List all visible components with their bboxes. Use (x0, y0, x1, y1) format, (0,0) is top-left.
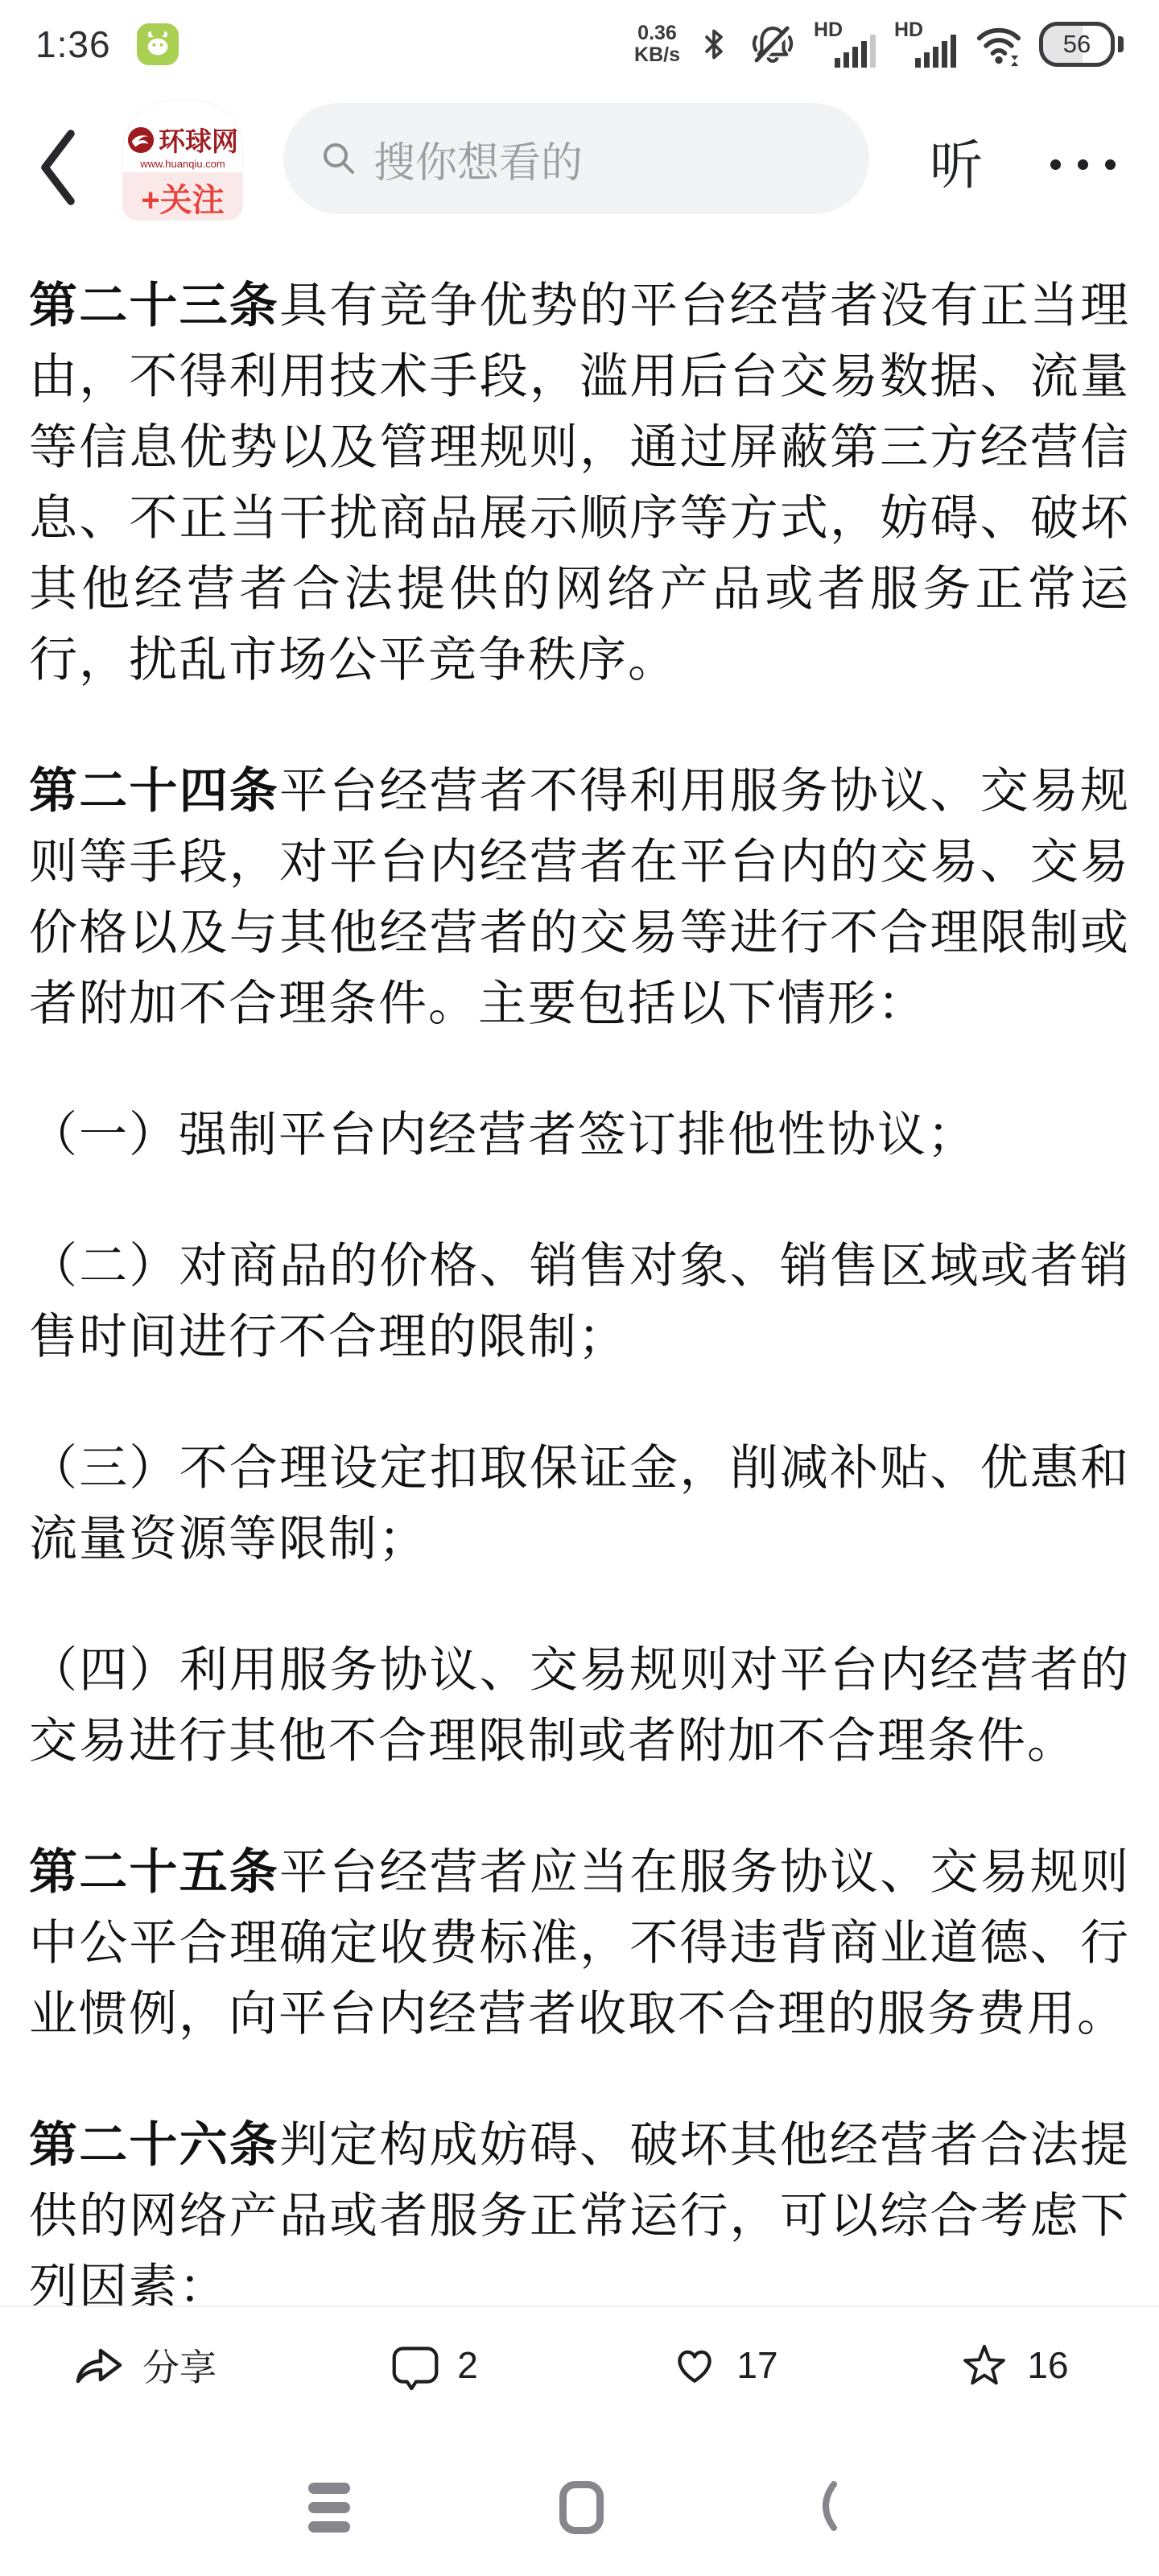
battery-nub (1118, 36, 1124, 52)
home-button[interactable] (559, 2481, 604, 2538)
status-right: 0.36 KB/s HD (634, 21, 1124, 68)
article-body: 第二十三条具有竞争优势的平台经营者没有正当理由，不得利用技术手段，滥用后台交易数… (0, 242, 1159, 2306)
sim1-signal-icon: HD (814, 21, 878, 68)
app-notification-icon (137, 23, 179, 65)
clause-text: （三）不合理设定扣取保证金，削减补贴、优惠和流量资源等限制； (29, 1441, 1130, 1566)
article-paragraph: 第二十六条判定构成妨碍、破坏其他经营者合法提供的网络产品或者服务正常运行，可以综… (29, 2110, 1130, 2306)
listen-button[interactable]: 听 (918, 129, 995, 201)
battery-icon: 56 (1039, 22, 1115, 67)
sim1-bars (835, 31, 878, 68)
heart-icon (670, 2340, 719, 2390)
home-icon (559, 2481, 604, 2534)
clause-text: （四）利用服务协议、交易规则对平台内经营者的交易进行其他不合理限制或者附加不合理… (29, 1643, 1130, 1768)
sim2-bars (915, 31, 959, 68)
back-nav-button[interactable] (816, 2481, 837, 2535)
action-bar: 分享 2 17 16 (0, 2307, 1159, 2423)
clause-text: 具有竞争优势的平台经营者没有正当理由，不得利用技术手段，滥用后台交易数据、流量等… (29, 279, 1130, 687)
search-placeholder: 搜你想看的 (373, 129, 583, 189)
clause-text: （二）对商品的价格、销售对象、销售区域或者销售时间进行不合理的限制； (29, 1239, 1130, 1364)
back-nav-icon (816, 2481, 837, 2531)
network-speed: 0.36 KB/s (634, 23, 680, 66)
article-paragraph: 第二十三条具有竞争优势的平台经营者没有正当理由，不得利用技术手段，滥用后台交易数… (29, 270, 1130, 696)
comment-button[interactable]: 2 (290, 2307, 579, 2423)
article-paragraph: （四）利用服务协议、交易规则对平台内经营者的交易进行其他不合理限制或者附加不合理… (29, 1635, 1130, 1777)
wifi-icon (975, 22, 1023, 67)
star-icon (959, 2340, 1009, 2390)
clause-text: （一）强制平台内经营者签订排他性协议； (29, 1108, 977, 1162)
system-nav-bar (0, 2423, 1159, 2576)
favorite-count: 16 (1027, 2343, 1068, 2387)
comment-count: 2 (457, 2343, 478, 2387)
back-chevron-icon (37, 127, 79, 208)
menu-icon (308, 2483, 350, 2533)
bluetooth-icon (696, 23, 732, 66)
share-label: 分享 (142, 2339, 217, 2392)
clause-number: 第二十五条 (29, 1845, 279, 1899)
network-speed-unit: KB/s (634, 44, 680, 66)
like-button[interactable]: 17 (579, 2307, 869, 2423)
clause-number: 第二十三条 (29, 279, 279, 332)
more-dot (1050, 159, 1061, 170)
eagle-logo-icon (127, 126, 155, 154)
status-bar: 1:36 0.36 KB/s (0, 0, 1159, 89)
status-left: 1:36 (35, 23, 179, 66)
clause-number: 第二十六条 (29, 2118, 279, 2172)
more-dot (1105, 159, 1116, 170)
phone-screen: 1:36 0.36 KB/s (0, 0, 1159, 2576)
publisher-badge[interactable]: 环球网 www.huanqiu.com +关注 (122, 100, 243, 221)
more-options-button[interactable] (1033, 159, 1116, 170)
sim2-signal-icon: HD (894, 21, 959, 68)
search-icon (320, 140, 357, 177)
nav-bar: 环球网 www.huanqiu.com +关注 搜你想看的 听 (0, 89, 1159, 242)
mute-bell-icon (748, 21, 798, 68)
publisher-url-text: www.huanqiu.com (140, 159, 225, 170)
more-dot (1078, 159, 1088, 170)
share-button[interactable]: 分享 (0, 2307, 290, 2423)
network-speed-value: 0.36 (637, 23, 677, 44)
bull-glyph (142, 28, 174, 60)
article-paragraph: （二）对商品的价格、销售对象、销售区域或者销售时间进行不合理的限制； (29, 1231, 1130, 1373)
share-icon (73, 2339, 125, 2391)
article-paragraph: 第二十五条平台经营者应当在服务协议、交易规则中公平合理确定收费标准，不得违背商业… (29, 1837, 1130, 2050)
back-button[interactable] (37, 127, 79, 208)
clause-number: 第二十四条 (29, 764, 279, 818)
battery-indicator: 56 (1039, 22, 1124, 67)
follow-button[interactable]: +关注 (123, 172, 242, 221)
comment-icon (391, 2339, 439, 2391)
recent-apps-button[interactable] (308, 2483, 350, 2537)
clock: 1:36 (35, 23, 111, 66)
article-paragraph: （一）强制平台内经营者签订排他性协议； (29, 1100, 1130, 1170)
publisher-logo: 环球网 www.huanqiu.com (123, 101, 242, 172)
battery-percent: 56 (1063, 30, 1091, 59)
favorite-button[interactable]: 16 (869, 2307, 1159, 2423)
search-input[interactable]: 搜你想看的 (283, 103, 869, 214)
article-paragraph: 第二十四条平台经营者不得利用服务协议、交易规则等手段，对平台内经营者在平台内的交… (29, 756, 1130, 1039)
like-count: 17 (736, 2343, 777, 2387)
publisher-name: 环球网 (159, 121, 238, 159)
article-paragraph: （三）不合理设定扣取保证金，削减补贴、优惠和流量资源等限制； (29, 1433, 1130, 1575)
